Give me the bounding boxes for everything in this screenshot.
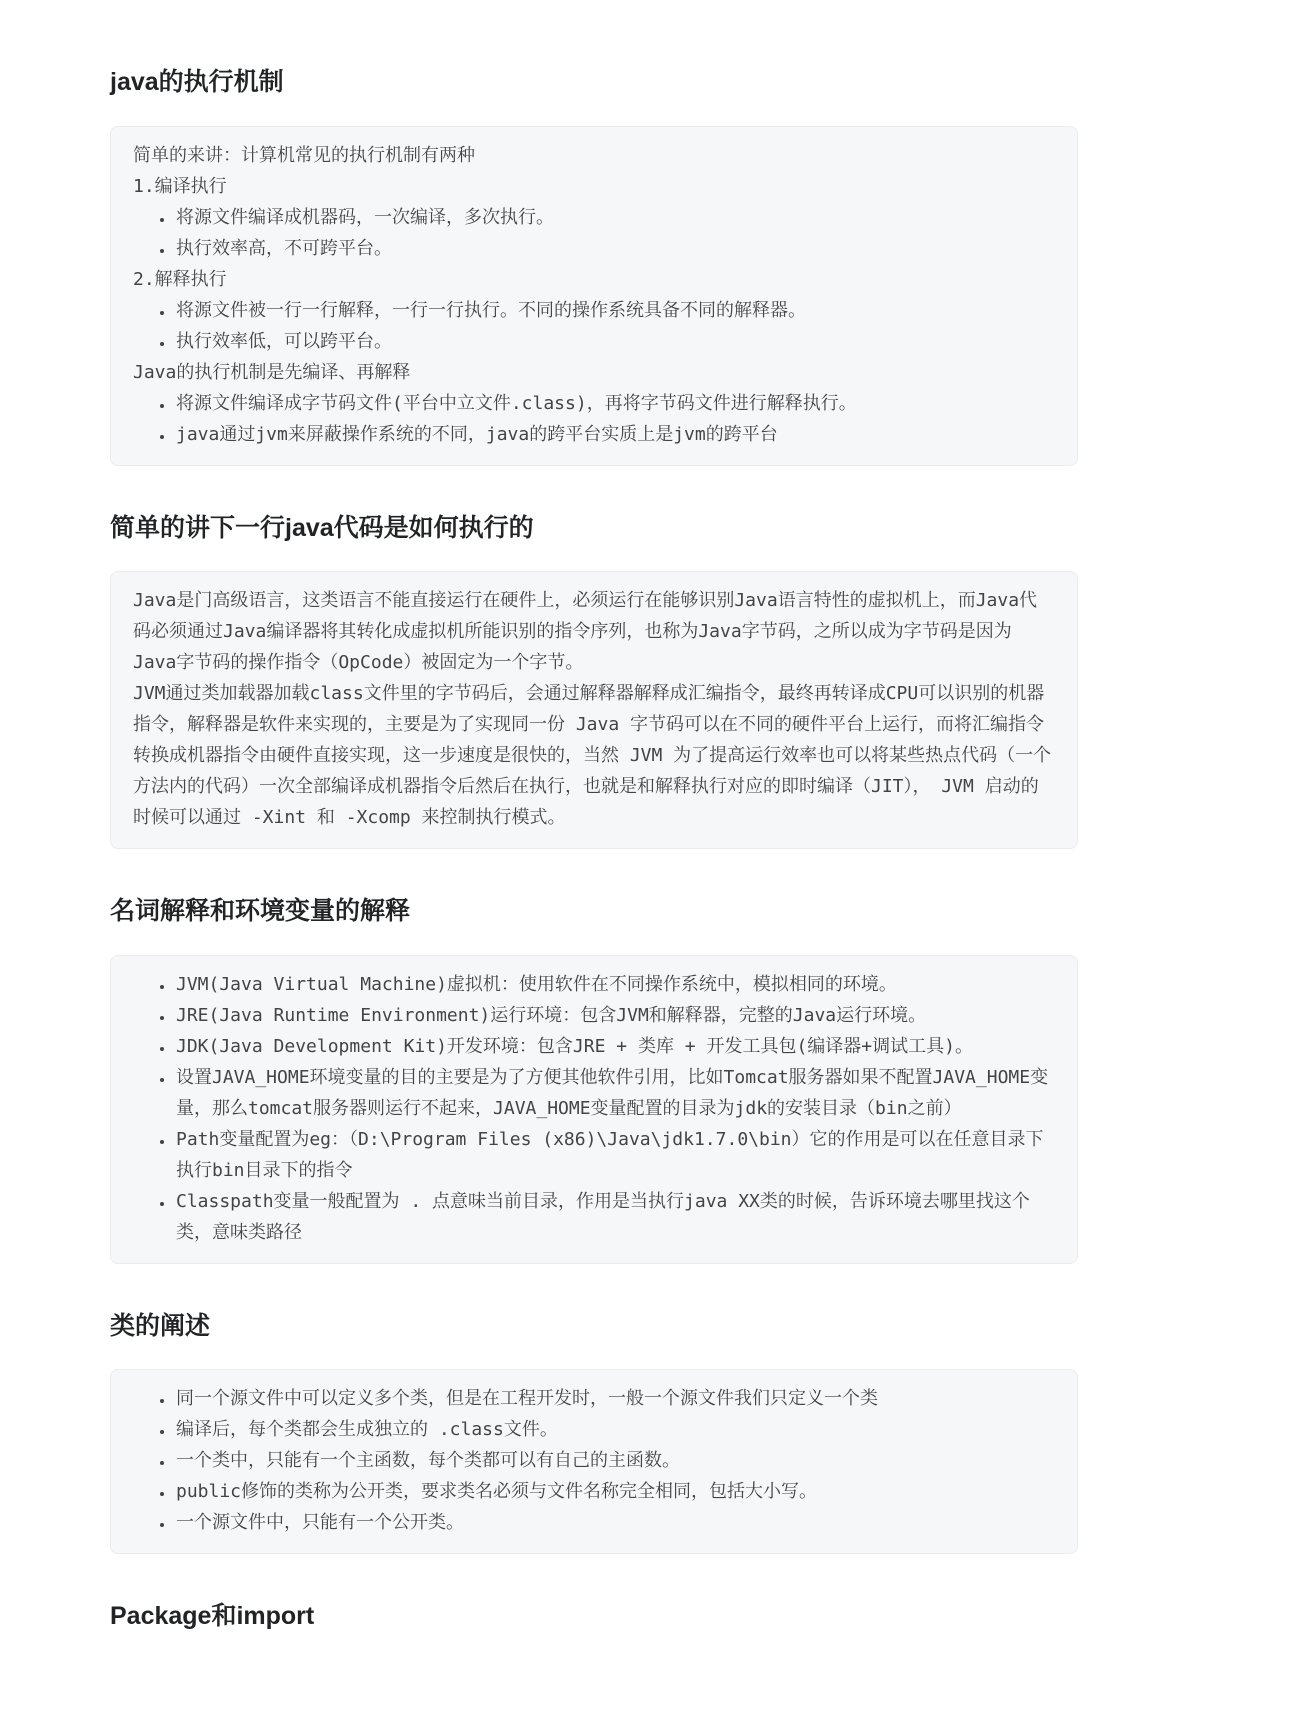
bullet-item: java通过jvm来屏蔽操作系统的不同，java的跨平台实质上是jvm的跨平台 <box>174 419 1055 450</box>
bullet-item: 执行效率高，不可跨平台。 <box>174 233 1055 264</box>
bullet-list: 将源文件编译成机器码，一次编译，多次执行。执行效率高，不可跨平台。 <box>133 202 1055 264</box>
document-body: java的执行机制简单的来讲：计算机常见的执行机制有两种1.编译执行将源文件编译… <box>110 66 1078 1633</box>
note-box: Java是门高级语言，这类语言不能直接运行在硬件上，必须运行在能够识别Java语… <box>110 571 1078 849</box>
bullet-list: 同一个源文件中可以定义多个类，但是在工程开发时，一般一个源文件我们只定义一个类编… <box>133 1383 1055 1538</box>
section-heading: 类的阐述 <box>110 1310 1078 1343</box>
bullet-item: 编译后，每个类都会生成独立的 .class文件。 <box>174 1414 1055 1445</box>
note-box: JVM(Java Virtual Machine)虚拟机：使用软件在不同操作系统… <box>110 955 1078 1264</box>
bullet-item: 一个源文件中，只能有一个公开类。 <box>174 1507 1055 1538</box>
note-paragraph: 2.解释执行 <box>133 264 1055 295</box>
bullet-item: 执行效率低，可以跨平台。 <box>174 326 1055 357</box>
section-heading: java的执行机制 <box>110 66 1078 99</box>
section-heading: 简单的讲下一行java代码是如何执行的 <box>110 512 1078 545</box>
page: { "page": { "background": "#ffffff", "bo… <box>0 0 1310 1720</box>
bullet-item: JRE(Java Runtime Environment)运行环境：包含JVM和… <box>174 1000 1055 1031</box>
bullet-item: 设置JAVA_HOME环境变量的目的主要是为了方便其他软件引用，比如Tomcat… <box>174 1062 1055 1124</box>
note-paragraph: JVM通过类加载器加载class文件里的字节码后，会通过解释器解释成汇编指令，最… <box>133 678 1055 833</box>
note-paragraph: Java是门高级语言，这类语言不能直接运行在硬件上，必须运行在能够识别Java语… <box>133 585 1055 678</box>
bullet-item: 同一个源文件中可以定义多个类，但是在工程开发时，一般一个源文件我们只定义一个类 <box>174 1383 1055 1414</box>
note-paragraph: Java的执行机制是先编译、再解释 <box>133 357 1055 388</box>
bullet-item: JVM(Java Virtual Machine)虚拟机：使用软件在不同操作系统… <box>174 969 1055 1000</box>
bullet-list: 将源文件被一行一行解释，一行一行执行。不同的操作系统具备不同的解释器。执行效率低… <box>133 295 1055 357</box>
bullet-item: 一个类中，只能有一个主函数，每个类都可以有自己的主函数。 <box>174 1445 1055 1476</box>
note-box: 同一个源文件中可以定义多个类，但是在工程开发时，一般一个源文件我们只定义一个类编… <box>110 1369 1078 1554</box>
note-box: 简单的来讲：计算机常见的执行机制有两种1.编译执行将源文件编译成机器码，一次编译… <box>110 126 1078 466</box>
bullet-item: public修饰的类称为公开类，要求类名必须与文件名称完全相同，包括大小写。 <box>174 1476 1055 1507</box>
bullet-item: 将源文件编译成机器码，一次编译，多次执行。 <box>174 202 1055 233</box>
note-paragraph: 1.编译执行 <box>133 171 1055 202</box>
bullet-list: JVM(Java Virtual Machine)虚拟机：使用软件在不同操作系统… <box>133 969 1055 1248</box>
section-heading: 名词解释和环境变量的解释 <box>110 895 1078 928</box>
bullet-item: JDK(Java Development Kit)开发环境：包含JRE + 类库… <box>174 1031 1055 1062</box>
note-paragraph: 简单的来讲：计算机常见的执行机制有两种 <box>133 140 1055 171</box>
bullet-item: 将源文件被一行一行解释，一行一行执行。不同的操作系统具备不同的解释器。 <box>174 295 1055 326</box>
bullet-item: 将源文件编译成字节码文件(平台中立文件.class)，再将字节码文件进行解释执行… <box>174 388 1055 419</box>
section-heading: Package和import <box>110 1600 1078 1633</box>
bullet-item: Path变量配置为eg：（D:\Program Files (x86)\Java… <box>174 1124 1055 1186</box>
bullet-list: 将源文件编译成字节码文件(平台中立文件.class)，再将字节码文件进行解释执行… <box>133 388 1055 450</box>
bullet-item: Classpath变量一般配置为 . 点意味当前目录，作用是当执行java XX… <box>174 1186 1055 1248</box>
